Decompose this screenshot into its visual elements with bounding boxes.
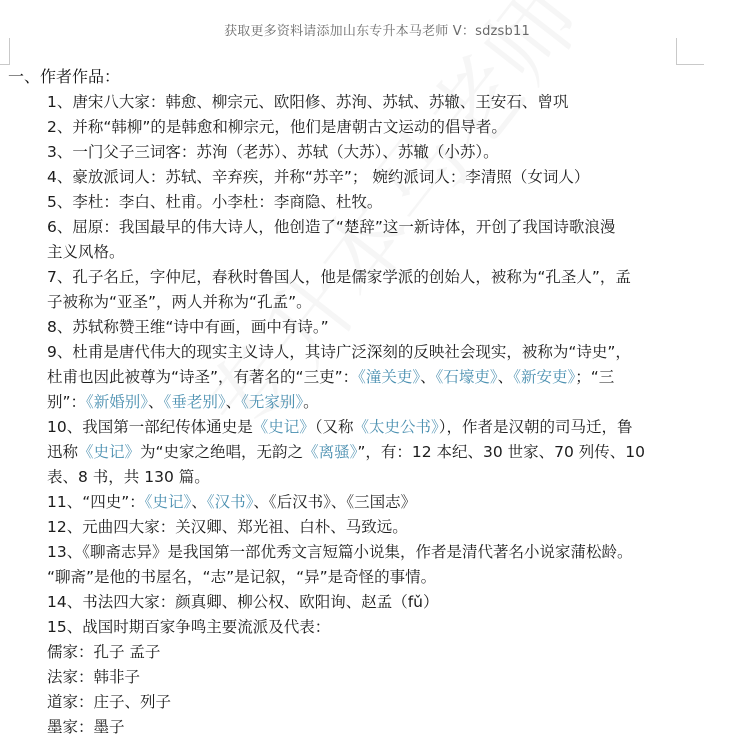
document-line: 道家：庄子、列子 xyxy=(47,690,687,715)
text-run: 子被称为“亚圣”，两人并称为“孔孟”。 xyxy=(47,293,312,311)
text-run: 。 xyxy=(303,393,319,411)
text-run: 主义风格。 xyxy=(47,243,125,261)
text-run: 、《后汉书》、《三国志》 xyxy=(253,493,416,511)
document-line: 主义风格。 xyxy=(47,240,687,265)
document-line: 法家：韩非子 xyxy=(47,665,687,690)
text-run: 杜甫也因此被尊为“诗圣”，有著名的“三吏”： xyxy=(47,368,358,386)
margin-corner-mark-right-h xyxy=(676,64,704,65)
book-title-link[interactable]: 《史记》 xyxy=(253,418,315,436)
document-line: 儒家：孔子 孟子 xyxy=(47,640,687,665)
document-line: 5、李杜：李白、杜甫。小李杜：李商隐、杜牧。 xyxy=(47,190,687,215)
document-line: 别”：《新婚别》、《垂老别》、《无家别》。 xyxy=(47,390,687,415)
document-line: 1、唐宋八大家：韩愈、柳宗元、欧阳修、苏洵、苏轼、苏辙、王安石、曾巩 xyxy=(47,90,687,115)
text-run: 、 xyxy=(498,368,514,386)
text-run: 3、一门父子三词客：苏洵（老苏）、苏轼（大苏）、苏辙（小苏）。 xyxy=(47,143,499,161)
document-line: 9、杜甫是唐代伟大的现实主义诗人，其诗广泛深刻的反映社会现实，被称为“诗史”， xyxy=(47,340,687,365)
book-title-link[interactable]: 《无家别》 xyxy=(241,393,303,411)
book-title-link[interactable]: 《新婚别》 xyxy=(86,393,148,411)
document-line: 11、“四史”：《史记》、《汉书》、《后汉书》、《三国志》 xyxy=(47,490,687,515)
document-body: 1、唐宋八大家：韩愈、柳宗元、欧阳修、苏洵、苏轼、苏辙、王安石、曾巩2、并称“韩… xyxy=(47,90,687,740)
text-run: 表、8 书，共 130 篇。 xyxy=(47,468,210,486)
document-line: 7、孔子名丘，字仲尼，春秋时鲁国人，他是儒家学派的创始人，被称为“孔圣人”，孟 xyxy=(47,265,687,290)
text-run: 9、杜甫是唐代伟大的现实主义诗人，其诗广泛深刻的反映社会现实，被称为“诗史”， xyxy=(47,343,631,361)
text-run: ），作者是汉朝的司马迁，鲁 xyxy=(439,418,633,436)
document-line: 13、《聊斋志异》是我国第一部优秀文言短篇小说集，作者是清代著名小说家蒲松龄。 xyxy=(47,540,687,565)
book-title-link[interactable]: 《石壕吏》 xyxy=(436,368,498,386)
book-title-link[interactable]: 《新安吏》 xyxy=(513,368,575,386)
document-line: 10、我国第一部纪传体通史是《史记》（又称《太史公书》），作者是汉朝的司马迁，鲁 xyxy=(47,415,687,440)
text-run: 8、苏轼称赞王维“诗中有画，画中有诗。” xyxy=(47,318,329,336)
text-run: 别”： xyxy=(47,393,86,411)
text-run: 墨家：墨子 xyxy=(47,718,125,736)
text-run: “聊斋”是他的书屋名，“志”是记叙，“异”是奇怪的事情。 xyxy=(47,568,436,586)
document-line: 表、8 书，共 130 篇。 xyxy=(47,465,687,490)
book-title-link[interactable]: 《离骚》 xyxy=(303,443,357,461)
text-run: 7、孔子名丘，字仲尼，春秋时鲁国人，他是儒家学派的创始人，被称为“孔圣人”，孟 xyxy=(47,268,631,286)
document-line: 8、苏轼称赞王维“诗中有画，画中有诗。” xyxy=(47,315,687,340)
text-run: 15、战国时期百家争鸣主要流派及代表： xyxy=(47,618,330,636)
document-line: 4、豪放派词人：苏轼、辛弃疾，并称“苏辛”； 婉约派词人：李清照（女词人） xyxy=(47,165,687,190)
text-run: 、 xyxy=(226,393,242,411)
document-line: 墨家：墨子 xyxy=(47,715,687,740)
text-run: 10、我国第一部纪传体通史是 xyxy=(47,418,253,436)
book-title-link[interactable]: 《垂老别》 xyxy=(164,393,226,411)
margin-corner-mark-right xyxy=(676,38,677,65)
document-line: “聊斋”是他的书屋名，“志”是记叙，“异”是奇怪的事情。 xyxy=(47,565,687,590)
document-line: 子被称为“亚圣”，两人并称为“孔孟”。 xyxy=(47,290,687,315)
document-page: 获取更多资料请添加山东专升本马老师 V：sdzsb11 专升本马老师 sdzsb… xyxy=(0,0,754,742)
document-line: 2、并称“韩柳”的是韩愈和柳宗元，他们是唐朝古文运动的倡导者。 xyxy=(47,115,687,140)
text-run: 1、唐宋八大家：韩愈、柳宗元、欧阳修、苏洵、苏轼、苏辙、王安石、曾巩 xyxy=(47,93,568,111)
page-header: 获取更多资料请添加山东专升本马老师 V：sdzsb11 xyxy=(0,20,754,39)
margin-corner-mark-left-h xyxy=(0,64,10,65)
book-title-link[interactable]: 《潼关吏》 xyxy=(358,368,420,386)
document-line: 6、屈原：我国最早的伟大诗人，他创造了“楚辞”这一新诗体，开创了我国诗歌浪漫 xyxy=(47,215,687,240)
document-line: 12、元曲四大家：关汉卿、郑光祖、白朴、马致远。 xyxy=(47,515,687,540)
text-run: （又称 xyxy=(315,418,354,436)
text-run: 法家：韩非子 xyxy=(47,668,140,686)
text-run: 2、并称“韩柳”的是韩愈和柳宗元，他们是唐朝古文运动的倡导者。 xyxy=(47,118,507,136)
book-title-link[interactable]: 《太史公书》 xyxy=(354,418,439,436)
text-run: 、 xyxy=(191,493,207,511)
document-line: 迅称《史记》为“史家之绝唱，无韵之《离骚》”，有：12 本纪、30 世家、70 … xyxy=(47,440,687,465)
document-line: 14、书法四大家：颜真卿、柳公权、欧阳询、赵孟（fǔ） xyxy=(47,590,687,615)
book-title-link[interactable]: 《汉书》 xyxy=(207,493,254,511)
text-run: 、 xyxy=(420,368,436,386)
text-run: ；“三 xyxy=(575,368,614,386)
margin-corner-mark-left xyxy=(9,38,10,65)
document-line: 杜甫也因此被尊为“诗圣”，有著名的“三吏”：《潼关吏》、《石壕吏》、《新安吏》；… xyxy=(47,365,687,390)
text-run: 13、《聊斋志异》是我国第一部优秀文言短篇小说集，作者是清代著名小说家蒲松龄。 xyxy=(47,543,632,561)
text-run: 6、屈原：我国最早的伟大诗人，他创造了“楚辞”这一新诗体，开创了我国诗歌浪漫 xyxy=(47,218,615,236)
text-run: 迅称 xyxy=(47,443,78,461)
text-run: 4、豪放派词人：苏轼、辛弃疾，并称“苏辛”； 婉约派词人：李清照（女词人） xyxy=(47,168,589,186)
text-run: 14、书法四大家：颜真卿、柳公权、欧阳询、赵孟（fǔ） xyxy=(47,593,439,611)
text-run: 儒家：孔子 孟子 xyxy=(47,643,160,661)
text-run: 11、“四史”： xyxy=(47,493,145,511)
text-run: 道家：庄子、列子 xyxy=(47,693,171,711)
section-heading: 一、作者作品： xyxy=(8,66,120,88)
book-title-link[interactable]: 《史记》 xyxy=(78,443,140,461)
text-run: 5、李杜：李白、杜甫。小李杜：李商隐、杜牧。 xyxy=(47,193,382,211)
document-line: 15、战国时期百家争鸣主要流派及代表： xyxy=(47,615,687,640)
text-run: 为“史家之绝唱，无韵之 xyxy=(140,443,303,461)
text-run: 、 xyxy=(148,393,164,411)
text-run: ”，有：12 本纪、30 世家、70 列传、10 xyxy=(357,443,645,461)
text-run: 12、元曲四大家：关汉卿、郑光祖、白朴、马致远。 xyxy=(47,518,408,536)
book-title-link[interactable]: 《史记》 xyxy=(145,493,192,511)
document-line: 3、一门父子三词客：苏洵（老苏）、苏轼（大苏）、苏辙（小苏）。 xyxy=(47,140,687,165)
